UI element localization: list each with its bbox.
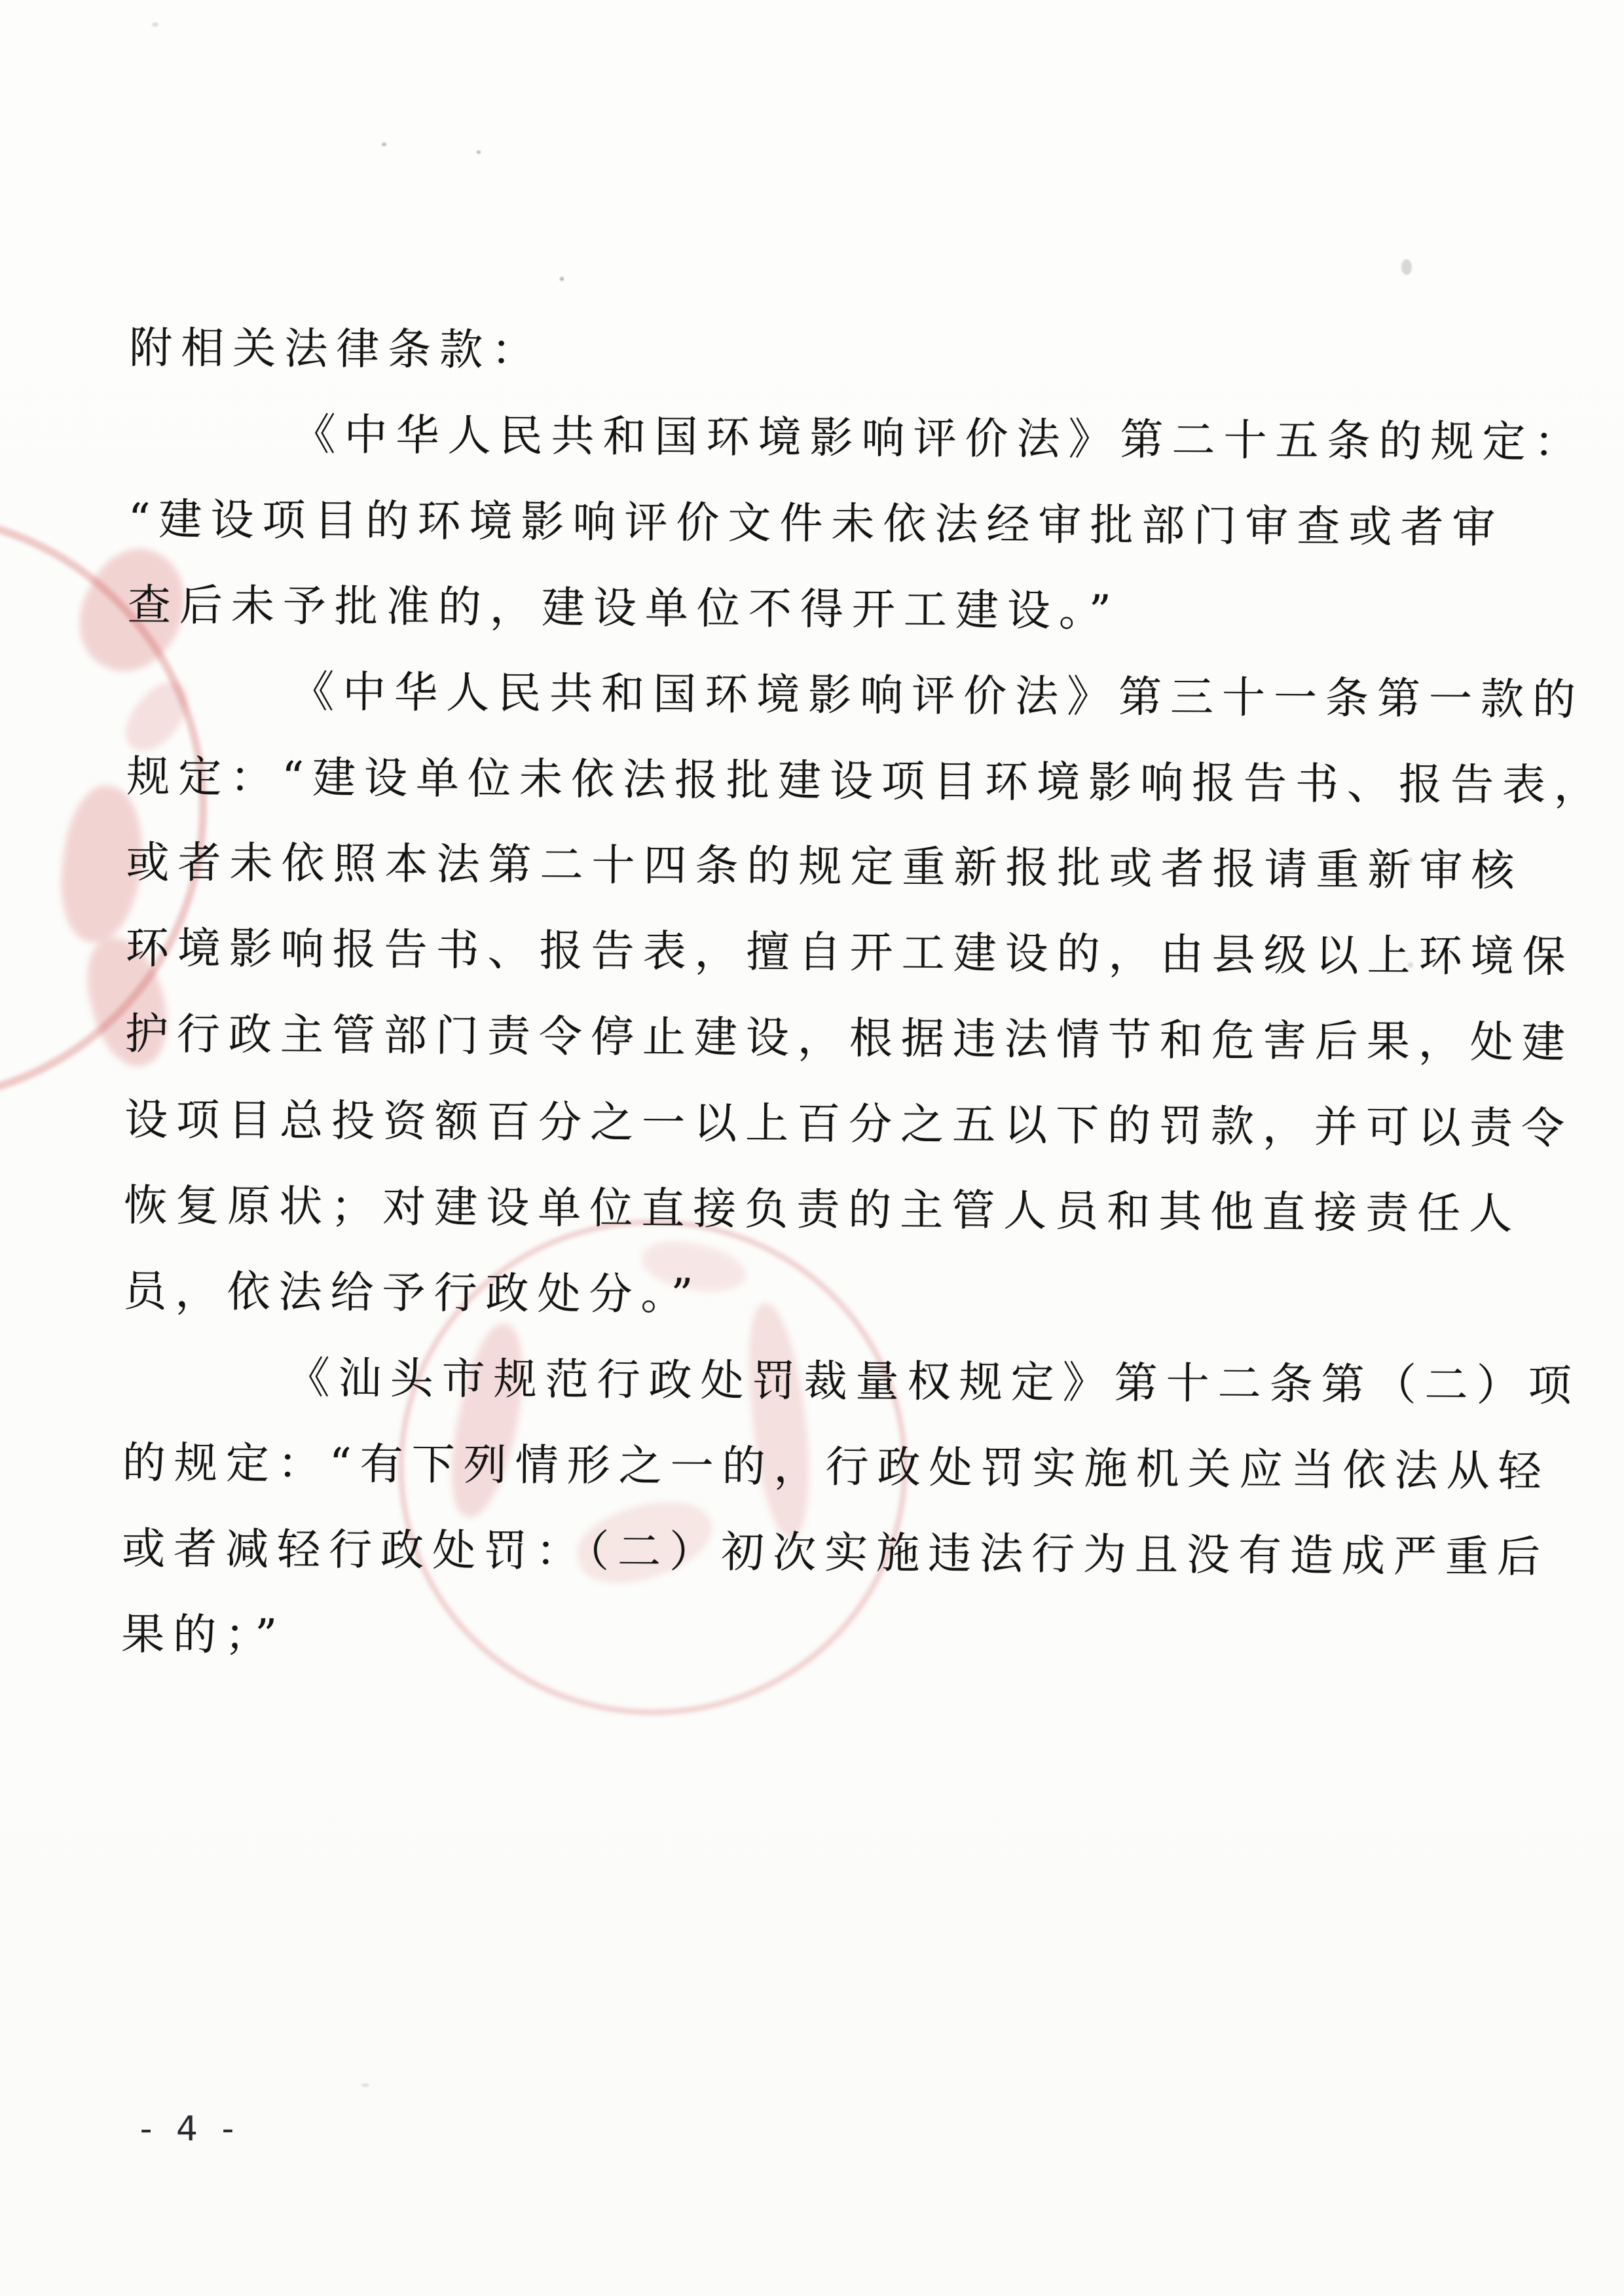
section-heading: 附相关法律条款： [129,305,1590,400]
text-line: 《汕头市规范行政处罚裁量权规定》第十二条第（二）项 [122,1334,1583,1429]
text-line: 查后未予批准的，建设单位不得开工建设。” [128,562,1589,657]
text-line: 或者未依照本法第二十四条的规定重新报批或者报请重新审核 [126,820,1587,915]
text-line: 护行政主管部门责令停止建设，根据违法情节和危害后果，处建 [125,991,1586,1086]
text-line: 果的；” [121,1592,1582,1686]
text-line: 或者减轻行政处罚：（二）初次实施违法行为且没有造成严重后 [122,1506,1583,1601]
text-line: 《中华人民共和国环境影响评价法》第二十五条的规定： [128,391,1589,486]
text-line: 环境影响报告书、报告表，擅自开工建设的，由县级以上环境保 [125,905,1586,1000]
text-line: 《中华人民共和国环境影响评价法》第三十一条第一款的 [127,648,1588,743]
document-page: 附相关法律条款： 《中华人民共和国环境影响评价法》第二十五条的规定： “建设项目… [0,0,1624,2296]
text-column: 附相关法律条款： 《中华人民共和国环境影响评价法》第二十五条的规定： “建设项目… [121,305,1590,1686]
text-line: 规定：“建设单位未依法报批建设项目环境影响报告书、报告表， [126,734,1587,829]
text-line: 设项目总投资额百分之一以上百分之五以下的罚款，并可以责令 [124,1077,1585,1172]
text-line: 恢复原状；对建设单位直接负责的主管人员和其他直接责任人 [124,1163,1585,1258]
text-line: 的规定：“有下列情形之一的，行政处罚实施机关应当依法从轻 [122,1420,1583,1515]
printed-text-block: 附相关法律条款： 《中华人民共和国环境影响评价法》第二十五条的规定： “建设项目… [0,0,1624,2296]
page-number: - 4 - [140,2109,241,2149]
text-line: 员，依法给予行政处分。” [123,1248,1584,1343]
text-line: “建设项目的环境影响评价文件未依法经审批部门审查或者审 [128,477,1589,572]
